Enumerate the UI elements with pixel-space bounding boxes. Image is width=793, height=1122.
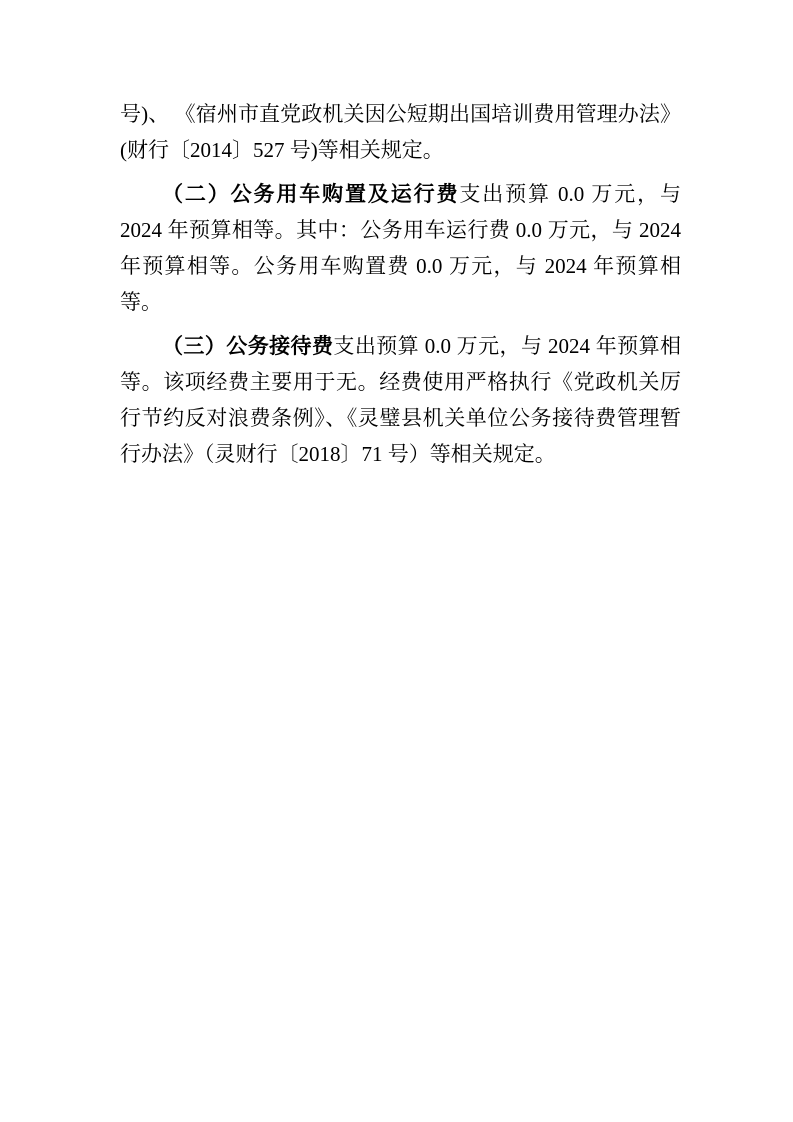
text-run: 号)、 《宿州市直党政机关因公短期出国培训费用管理办法》(财行〔2014〕527… <box>120 102 681 162</box>
paragraph: （二）公务用车购置及运行费支出预算 0.0 万元，与 2024 年预算相等。其中… <box>120 176 681 320</box>
text-run-bold: （二）公务用车购置及运行费 <box>162 182 459 206</box>
document-page: 号)、 《宿州市直党政机关因公短期出国培训费用管理办法》(财行〔2014〕527… <box>0 0 793 1122</box>
document-content: 号)、 《宿州市直党政机关因公短期出国培训费用管理办法》(财行〔2014〕527… <box>120 96 681 472</box>
text-run-bold: （三）公务接待费 <box>162 334 333 358</box>
paragraph: （三）公务接待费支出预算 0.0 万元，与 2024 年预算相等。该项经费主要用… <box>120 328 681 472</box>
paragraph: 号)、 《宿州市直党政机关因公短期出国培训费用管理办法》(财行〔2014〕527… <box>120 96 681 168</box>
